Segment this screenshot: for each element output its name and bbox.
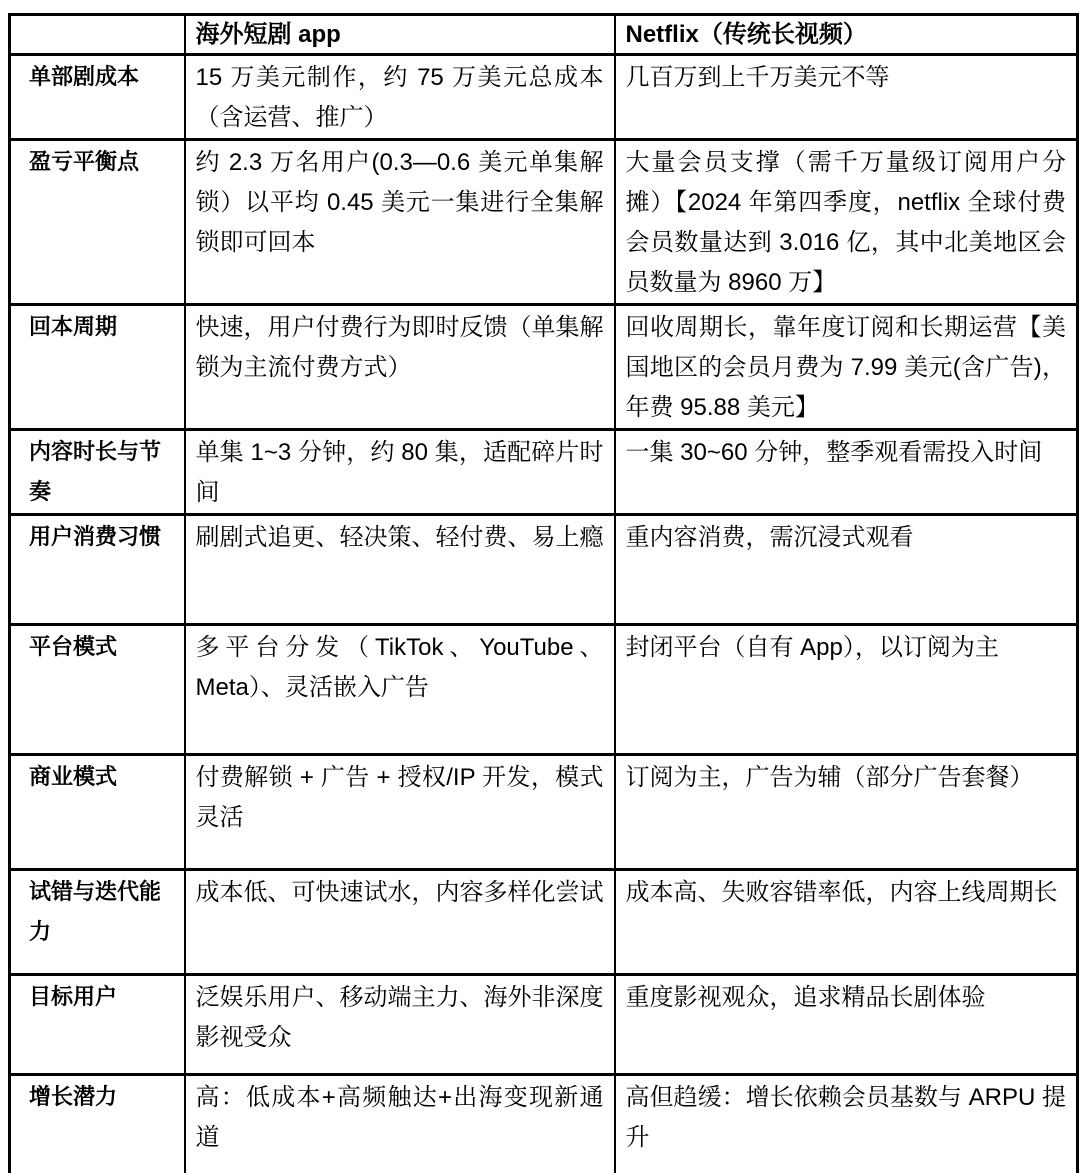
cell-short-drama: 15 万美元制作，约 75 万美元总成本（含运营、推广） [185, 55, 615, 140]
header-empty-cell [10, 15, 185, 55]
row-label: 目标用户 [10, 975, 185, 1075]
cell-netflix: 重度影视观众，追求精品长剧体验 [615, 975, 1078, 1075]
row-label: 用户消费习惯 [10, 515, 185, 625]
cell-netflix: 一集 30~60 分钟，整季观看需投入时间 [615, 430, 1078, 515]
row-label: 单部剧成本 [10, 55, 185, 140]
row-label: 平台模式 [10, 625, 185, 755]
table-row-payback-cycle: 回本周期 快速，用户付费行为即时反馈（单集解锁为主流付费方式） 回收周期长，靠年… [10, 305, 1078, 430]
cell-netflix: 回收周期长，靠年度订阅和长期运营【美国地区的会员月费为 7.99 美元(含广告)… [615, 305, 1078, 430]
cell-short-drama: 快速，用户付费行为即时反馈（单集解锁为主流付费方式） [185, 305, 615, 430]
table-row-content-length: 内容时长与节奏 单集 1~3 分钟，约 80 集，适配碎片时间 一集 30~60… [10, 430, 1078, 515]
cell-netflix: 高但趋缓：增长依赖会员基数与 ARPU 提升 [615, 1075, 1078, 1173]
table-row-platform-model: 平台模式 多平台分发（TikTok、YouTube、Meta）、灵活嵌入广告 封… [10, 625, 1078, 755]
cell-netflix: 几百万到上千万美元不等 [615, 55, 1078, 140]
row-label: 内容时长与节奏 [10, 430, 185, 515]
table-row-trial-iteration: 试错与迭代能力 成本低、可快速试水，内容多样化尝试 成本高、失败容错率低，内容上… [10, 870, 1078, 975]
cell-netflix: 大量会员支撑（需千万量级订阅用户分摊）【2024 年第四季度，netflix 全… [615, 140, 1078, 305]
table-row-business-model: 商业模式 付费解锁 + 广告 + 授权/IP 开发，模式灵活 订阅为主，广告为辅… [10, 755, 1078, 870]
row-label: 商业模式 [10, 755, 185, 870]
cell-short-drama: 成本低、可快速试水，内容多样化尝试 [185, 870, 615, 975]
cell-short-drama: 高：低成本+高频触达+出海变现新通道 [185, 1075, 615, 1173]
table-row-cost: 单部剧成本 15 万美元制作，约 75 万美元总成本（含运营、推广） 几百万到上… [10, 55, 1078, 140]
cell-short-drama: 单集 1~3 分钟，约 80 集，适配碎片时间 [185, 430, 615, 515]
row-label: 试错与迭代能力 [10, 870, 185, 975]
cell-netflix: 订阅为主，广告为辅（部分广告套餐） [615, 755, 1078, 870]
cell-short-drama: 约 2.3 万名用户(0.3—0.6 美元单集解锁）以平均 0.45 美元一集进… [185, 140, 615, 305]
row-label: 增长潜力 [10, 1075, 185, 1173]
cell-netflix: 封闭平台（自有 App），以订阅为主 [615, 625, 1078, 755]
row-label: 盈亏平衡点 [10, 140, 185, 305]
comparison-table: 海外短剧 app Netflix（传统长视频） 单部剧成本 15 万美元制作，约… [8, 13, 1079, 1173]
cell-short-drama: 刷剧式追更、轻决策、轻付费、易上瘾 [185, 515, 615, 625]
table-row-growth-potential: 增长潜力 高：低成本+高频触达+出海变现新通道 高但趋缓：增长依赖会员基数与 A… [10, 1075, 1078, 1173]
cell-short-drama: 多平台分发（TikTok、YouTube、Meta）、灵活嵌入广告 [185, 625, 615, 755]
table-row-breakeven: 盈亏平衡点 约 2.3 万名用户(0.3—0.6 美元单集解锁）以平均 0.45… [10, 140, 1078, 305]
col-header-netflix: Netflix（传统长视频） [615, 15, 1078, 55]
cell-short-drama: 泛娱乐用户、移动端主力、海外非深度影视受众 [185, 975, 615, 1075]
cell-netflix: 重内容消费，需沉浸式观看 [615, 515, 1078, 625]
cell-netflix: 成本高、失败容错率低，内容上线周期长 [615, 870, 1078, 975]
table-row-consumption-habit: 用户消费习惯 刷剧式追更、轻决策、轻付费、易上瘾 重内容消费，需沉浸式观看 [10, 515, 1078, 625]
table-row-target-users: 目标用户 泛娱乐用户、移动端主力、海外非深度影视受众 重度影视观众，追求精品长剧… [10, 975, 1078, 1075]
cell-short-drama: 付费解锁 + 广告 + 授权/IP 开发，模式灵活 [185, 755, 615, 870]
document-page: 海外短剧 app Netflix（传统长视频） 单部剧成本 15 万美元制作，约… [0, 0, 1080, 1173]
header-row: 海外短剧 app Netflix（传统长视频） [10, 15, 1078, 55]
col-header-short-drama: 海外短剧 app [185, 15, 615, 55]
row-label: 回本周期 [10, 305, 185, 430]
